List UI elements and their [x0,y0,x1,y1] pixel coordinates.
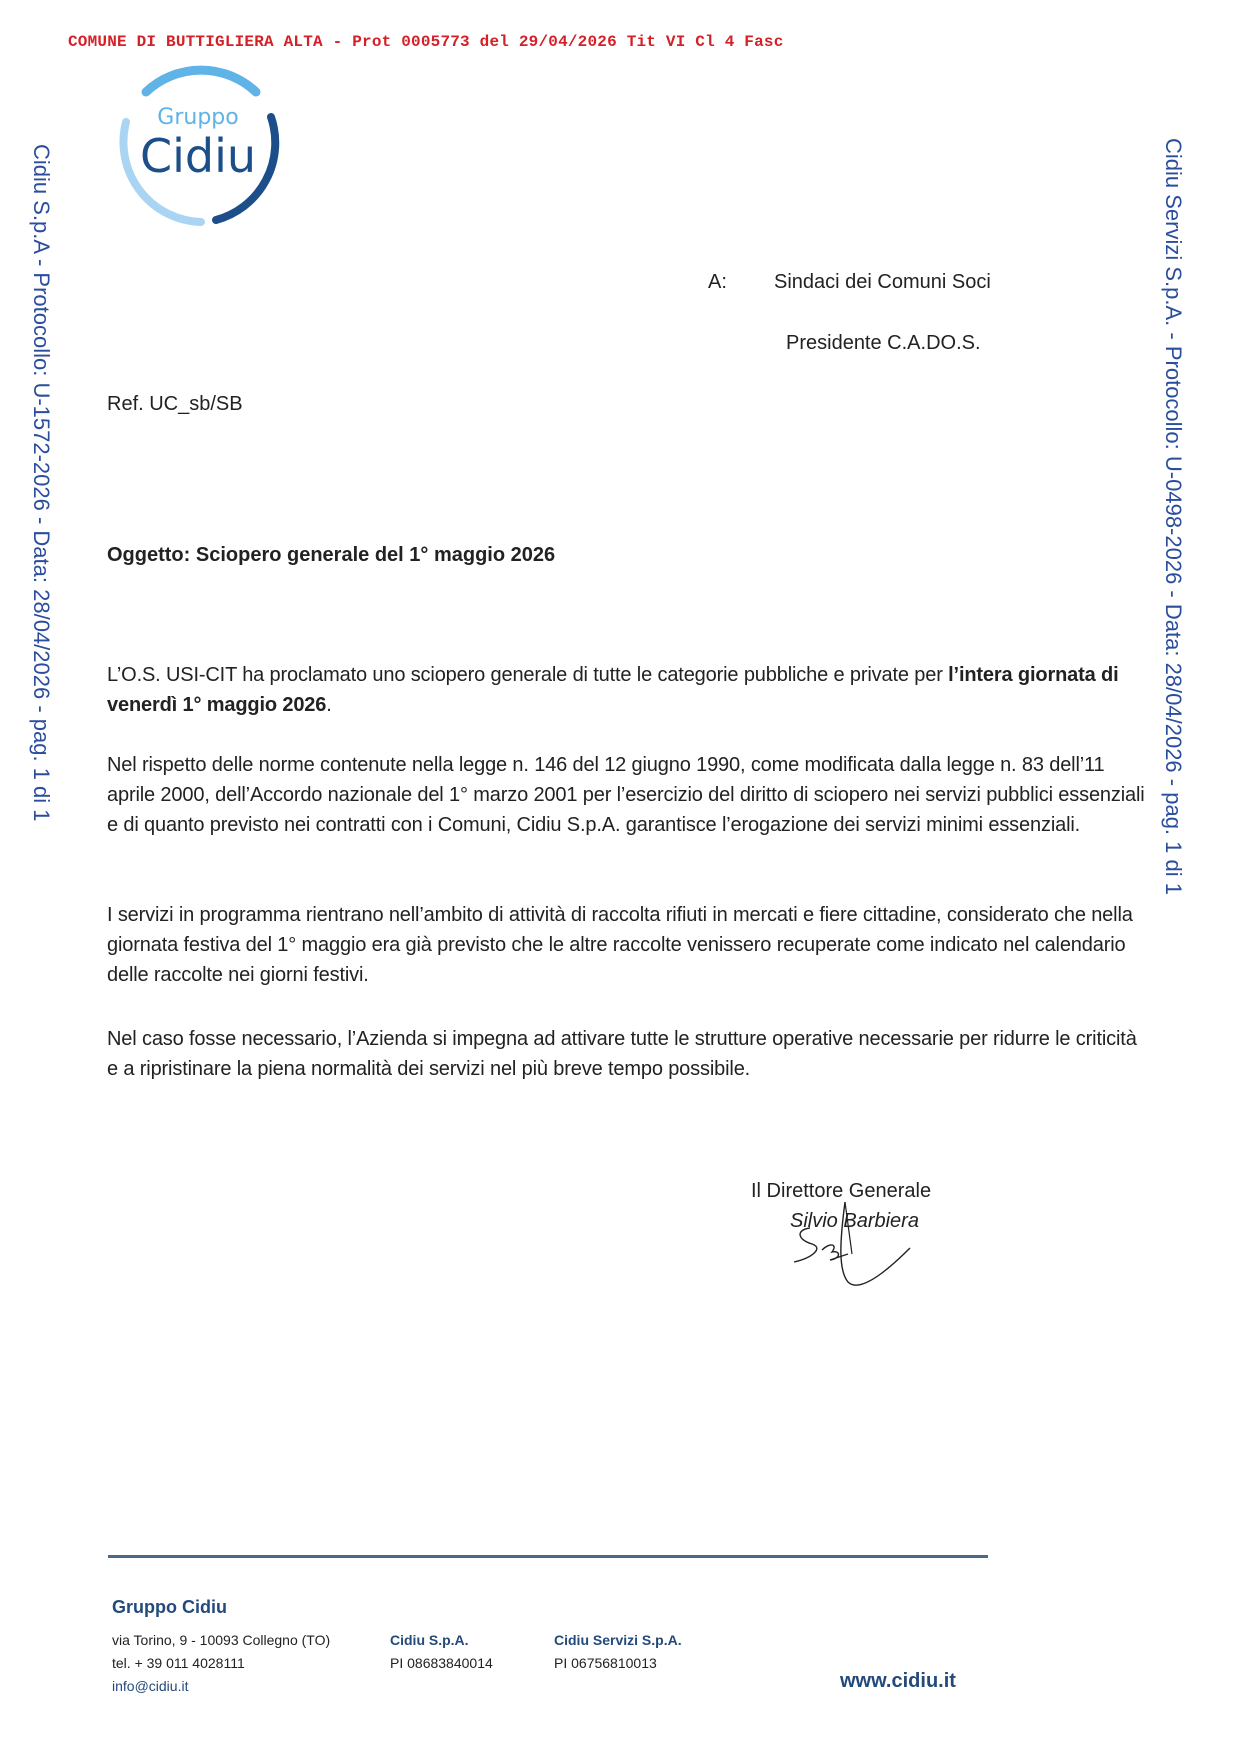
footer-company-name: Cidiu Servizi S.p.A. [554,1632,682,1648]
footer-website-link[interactable]: www.cidiu.it [840,1670,956,1693]
paragraph: Nel rispetto delle norme contenute nella… [107,750,1147,840]
footer-brand: Gruppo Cidiu [112,1597,227,1618]
handwritten-signature-icon [790,1200,920,1300]
logo-ring-icon: Gruppo Cidiu [106,62,286,232]
reference: Ref. UC_sb/SB [107,389,243,419]
footer-divider [108,1555,988,1558]
paragraph: L’O.S. USI-CIT ha proclamato uno scioper… [107,660,1147,720]
gruppo-cidiu-logo: Gruppo Cidiu [106,62,286,232]
footer-address: via Torino, 9 - 10093 Collegno (TO) [112,1632,330,1648]
svg-text:Cidiu: Cidiu [140,129,256,183]
right-margin-protocol: Cidiu Servizi S.p.A. - Protocollo: U-049… [1160,138,1186,895]
footer-company-name: Cidiu S.p.A. [390,1632,469,1648]
footer-phone: tel. + 39 011 4028111 [112,1655,245,1671]
paragraph: I servizi in programma rientrano nell’am… [107,900,1147,990]
paragraph: Nel caso fosse necessario, l’Azienda si … [107,1024,1147,1084]
left-margin-protocol: Cidiu S.p.A - Protocollo: U-1572-2026 - … [28,144,54,822]
subject: Oggetto: Sciopero generale del 1° maggio… [107,540,555,570]
footer-company-vat: PI 08683840014 [390,1655,493,1671]
recipient-item: Sindaci dei Comuni Soci [774,267,991,297]
recipient-item: Presidente C.A.DO.S. [786,328,981,358]
svg-text:Gruppo: Gruppo [157,105,238,130]
footer-company-vat: PI 06756810013 [554,1655,657,1671]
protocol-stamp: COMUNE DI BUTTIGLIERA ALTA - Prot 000577… [68,33,784,51]
footer-email[interactable]: info@cidiu.it [112,1678,188,1694]
recipient-label: A: [708,267,727,297]
